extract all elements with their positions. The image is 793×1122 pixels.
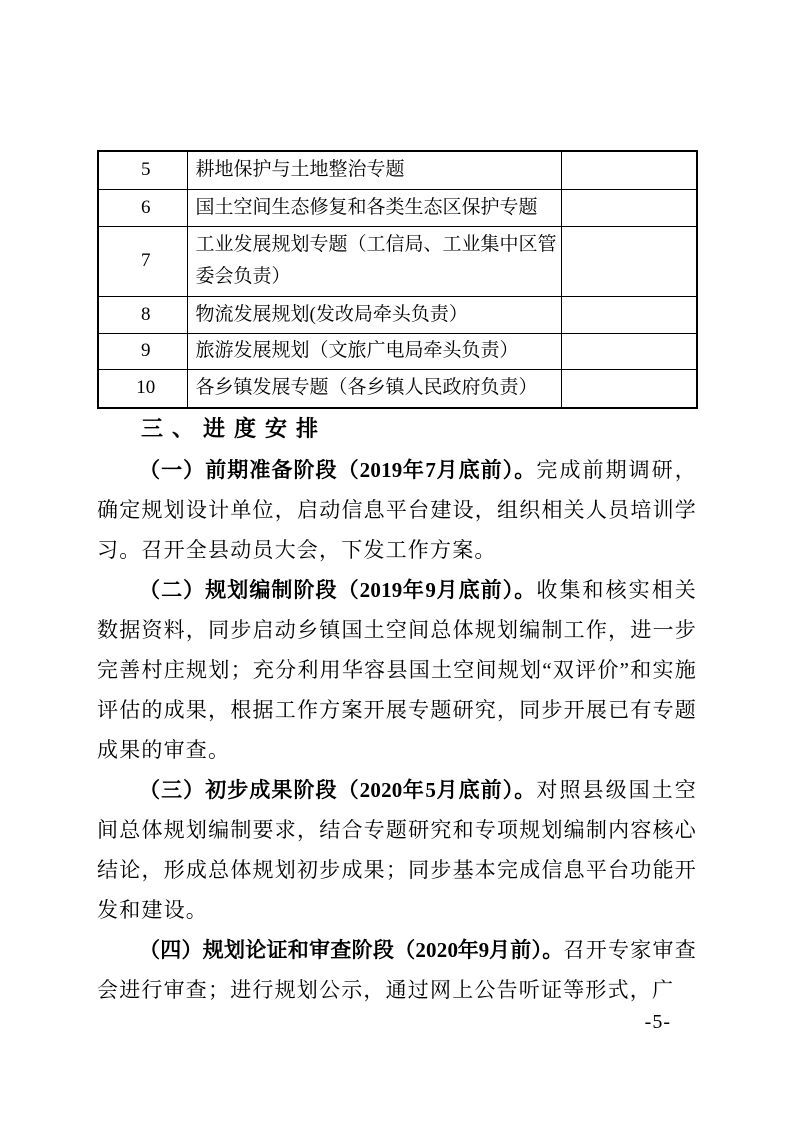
- row-number-cell: 8: [98, 296, 187, 333]
- section-heading: 三、进度安排: [97, 410, 697, 450]
- paragraph-stage-1: （一）前期准备阶段（2019 年 7 月底前）。完成前期调研，确定规划设计单位，…: [97, 450, 697, 570]
- paragraph-lead: （二）规划编制阶段（2019 年 9 月底前）。: [139, 578, 536, 602]
- paragraph-lead: （三）初步成果阶段（2020 年 5 月底前）。: [139, 778, 536, 802]
- topic-title-cell: 工业发展规划专题（工信局、工业集中区管委会负责）: [187, 226, 561, 296]
- table-row: 5 耕地保护与土地整治专题: [98, 151, 697, 189]
- note-cell: [561, 296, 697, 333]
- table-row: 7 工业发展规划专题（工信局、工业集中区管委会负责）: [98, 226, 697, 296]
- paragraph-body: 收集和核实相关数据资料，同步启动乡镇国土空间总体规划编制工作，进一步完善村庄规划…: [97, 578, 697, 762]
- paragraph-stage-2: （二）规划编制阶段（2019 年 9 月底前）。收集和核实相关数据资料，同步启动…: [97, 570, 697, 770]
- topic-title-cell: 物流发展规划(发改局牵头负责）: [187, 296, 561, 333]
- paragraph-stage-4: （四）规划论证和审查阶段（2020 年 9 月前）。召开专家审查会进行审查；进行…: [97, 930, 697, 1010]
- topic-title-cell: 旅游发展规划（文旅广电局牵头负责）: [187, 333, 561, 369]
- note-cell: [561, 189, 697, 226]
- page-number: -5-: [645, 1008, 671, 1036]
- table-row: 10 各乡镇发展专题（各乡镇人民政府负责）: [98, 369, 697, 408]
- topic-title-cell: 各乡镇发展专题（各乡镇人民政府负责）: [187, 369, 561, 408]
- topics-table: 5 耕地保护与土地整治专题 6 国土空间生态修复和各类生态区保护专题 7 工业发…: [97, 150, 698, 409]
- table-row: 6 国土空间生态修复和各类生态区保护专题: [98, 189, 697, 226]
- note-cell: [561, 226, 697, 296]
- paragraph-stage-3: （三）初步成果阶段（2020 年 5 月底前）。对照县级国土空间总体规划编制要求…: [97, 770, 697, 930]
- note-cell: [561, 333, 697, 369]
- paragraph-lead: （四）规划论证和审查阶段（2020 年 9 月前）。: [139, 938, 564, 962]
- note-cell: [561, 369, 697, 408]
- row-number-cell: 6: [98, 189, 187, 226]
- schedule-section: 三、进度安排 （一）前期准备阶段（2019 年 7 月底前）。完成前期调研，确定…: [97, 410, 697, 1010]
- row-number-cell: 10: [98, 369, 187, 408]
- paragraph-lead: （一）前期准备阶段（2019 年 7 月底前）。: [139, 458, 536, 482]
- table-row: 8 物流发展规划(发改局牵头负责）: [98, 296, 697, 333]
- note-cell: [561, 151, 697, 189]
- row-number-cell: 5: [98, 151, 187, 189]
- document-page: 5 耕地保护与土地整治专题 6 国土空间生态修复和各类生态区保护专题 7 工业发…: [0, 0, 793, 1122]
- table-row: 9 旅游发展规划（文旅广电局牵头负责）: [98, 333, 697, 369]
- row-number-cell: 9: [98, 333, 187, 369]
- topic-title-cell: 国土空间生态修复和各类生态区保护专题: [187, 189, 561, 226]
- row-number-cell: 7: [98, 226, 187, 296]
- topic-title-cell: 耕地保护与土地整治专题: [187, 151, 561, 189]
